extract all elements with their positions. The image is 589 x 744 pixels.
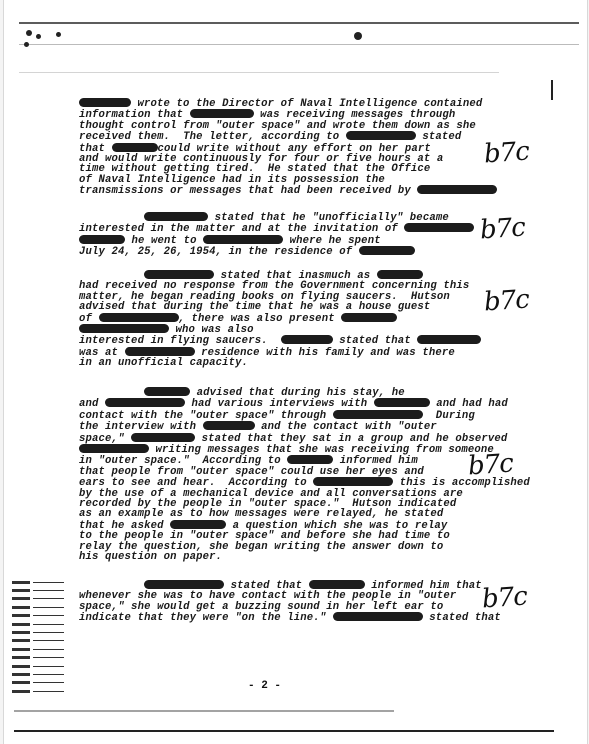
paragraph: advised that during his stay, heand had … <box>79 387 530 563</box>
margin-annotation: b7c <box>479 212 526 245</box>
page-number: - 2 - <box>248 680 281 692</box>
redaction-block <box>313 477 393 486</box>
text-line: his question on paper. <box>79 552 530 562</box>
redaction-block <box>79 235 125 244</box>
redaction-block <box>417 185 497 194</box>
redaction-block <box>359 246 415 255</box>
redaction-block <box>79 444 149 453</box>
text-line: advised that during his stay, he <box>79 387 530 398</box>
text-line: interested in the matter and at the invi… <box>79 223 474 234</box>
paragraph: wrote to the Director of Naval Intellige… <box>79 98 497 197</box>
text-line: who was also <box>79 324 481 335</box>
redaction-block <box>125 347 195 356</box>
text-line: received them. The letter, according to … <box>79 131 497 142</box>
redaction-block <box>374 398 430 407</box>
redaction-block <box>333 612 423 621</box>
redaction-block <box>79 324 169 333</box>
redaction-block <box>309 580 365 589</box>
text-line: advised that during the time that he was… <box>79 302 481 312</box>
text-line: thought control from "outer space" and w… <box>79 121 497 131</box>
text-line: as an example as to how messages were re… <box>79 509 530 519</box>
margin-annotation: b7c <box>483 136 530 169</box>
scan-speck <box>56 32 61 37</box>
redaction-block <box>144 580 224 589</box>
text-line: space," she would get a buzzing sound in… <box>79 602 501 612</box>
redaction-block <box>281 335 333 344</box>
redaction-block <box>144 212 208 221</box>
margin-annotation: b7c <box>481 581 528 614</box>
header-scan-line <box>19 22 579 24</box>
redaction-block <box>170 520 226 529</box>
text-line: transmissions or messages that had been … <box>79 185 497 196</box>
text-line: the interview with and the contact with … <box>79 421 530 432</box>
redaction-block <box>417 335 481 344</box>
text-line: of Naval Intelligence had in its possess… <box>79 175 497 185</box>
redaction-block <box>404 223 474 232</box>
footer-scan-line <box>14 710 394 712</box>
text-line: stated that he "unofficially" became <box>79 212 474 223</box>
header-scan-line <box>19 44 579 45</box>
scan-speck <box>354 32 362 40</box>
margin-annotation: b7c <box>483 284 530 317</box>
text-line: space," stated that they sat in a group … <box>79 433 530 444</box>
redaction-block <box>341 313 397 322</box>
footer-scan-line <box>14 730 554 732</box>
redaction-block <box>346 131 416 140</box>
margin-annotation: b7c <box>467 448 514 481</box>
redaction-block <box>333 410 423 419</box>
paragraph: stated that informed him thatwhenever sh… <box>79 580 501 624</box>
document-page: wrote to the Director of Naval Intellige… <box>3 0 588 744</box>
redaction-block <box>190 109 254 118</box>
text-line: that people from "outer space" could use… <box>79 467 530 477</box>
text-line: of , there was also present <box>79 313 481 324</box>
redaction-block <box>377 270 423 279</box>
text-line: in an unofficial capacity. <box>79 358 481 368</box>
scan-speck <box>24 42 29 47</box>
redaction-block <box>79 98 131 107</box>
redaction-block <box>287 455 333 464</box>
text-line: wrote to the Director of Naval Intellige… <box>79 98 497 109</box>
header-scan-line <box>19 72 499 73</box>
scan-mark <box>551 80 553 100</box>
text-line: interested in flying saucers. stated tha… <box>79 335 481 346</box>
paragraph: stated that inasmuch as had received no … <box>79 270 481 369</box>
redaction-block <box>203 421 255 430</box>
text-line: July 24, 25, 26, 1954, in the residence … <box>79 246 474 257</box>
text-line: and had various interviews with and had … <box>79 398 530 409</box>
text-line: writing messages that she was receiving … <box>79 444 530 455</box>
redaction-block <box>112 143 158 152</box>
scan-speck <box>26 30 32 36</box>
text-line: contact with the "outer space" through D… <box>79 410 530 421</box>
redaction-block <box>144 387 190 396</box>
redaction-block <box>105 398 185 407</box>
routing-stamp <box>12 578 64 695</box>
scan-speck <box>36 34 41 39</box>
redaction-block <box>144 270 214 279</box>
redaction-block <box>203 235 283 244</box>
text-line: indicate that they were "on the line." s… <box>79 612 501 623</box>
text-line: he went to where he spent <box>79 235 474 246</box>
redaction-block <box>131 433 195 442</box>
paragraph: stated that he "unofficially" becameinte… <box>79 212 474 258</box>
redaction-block <box>99 313 179 322</box>
